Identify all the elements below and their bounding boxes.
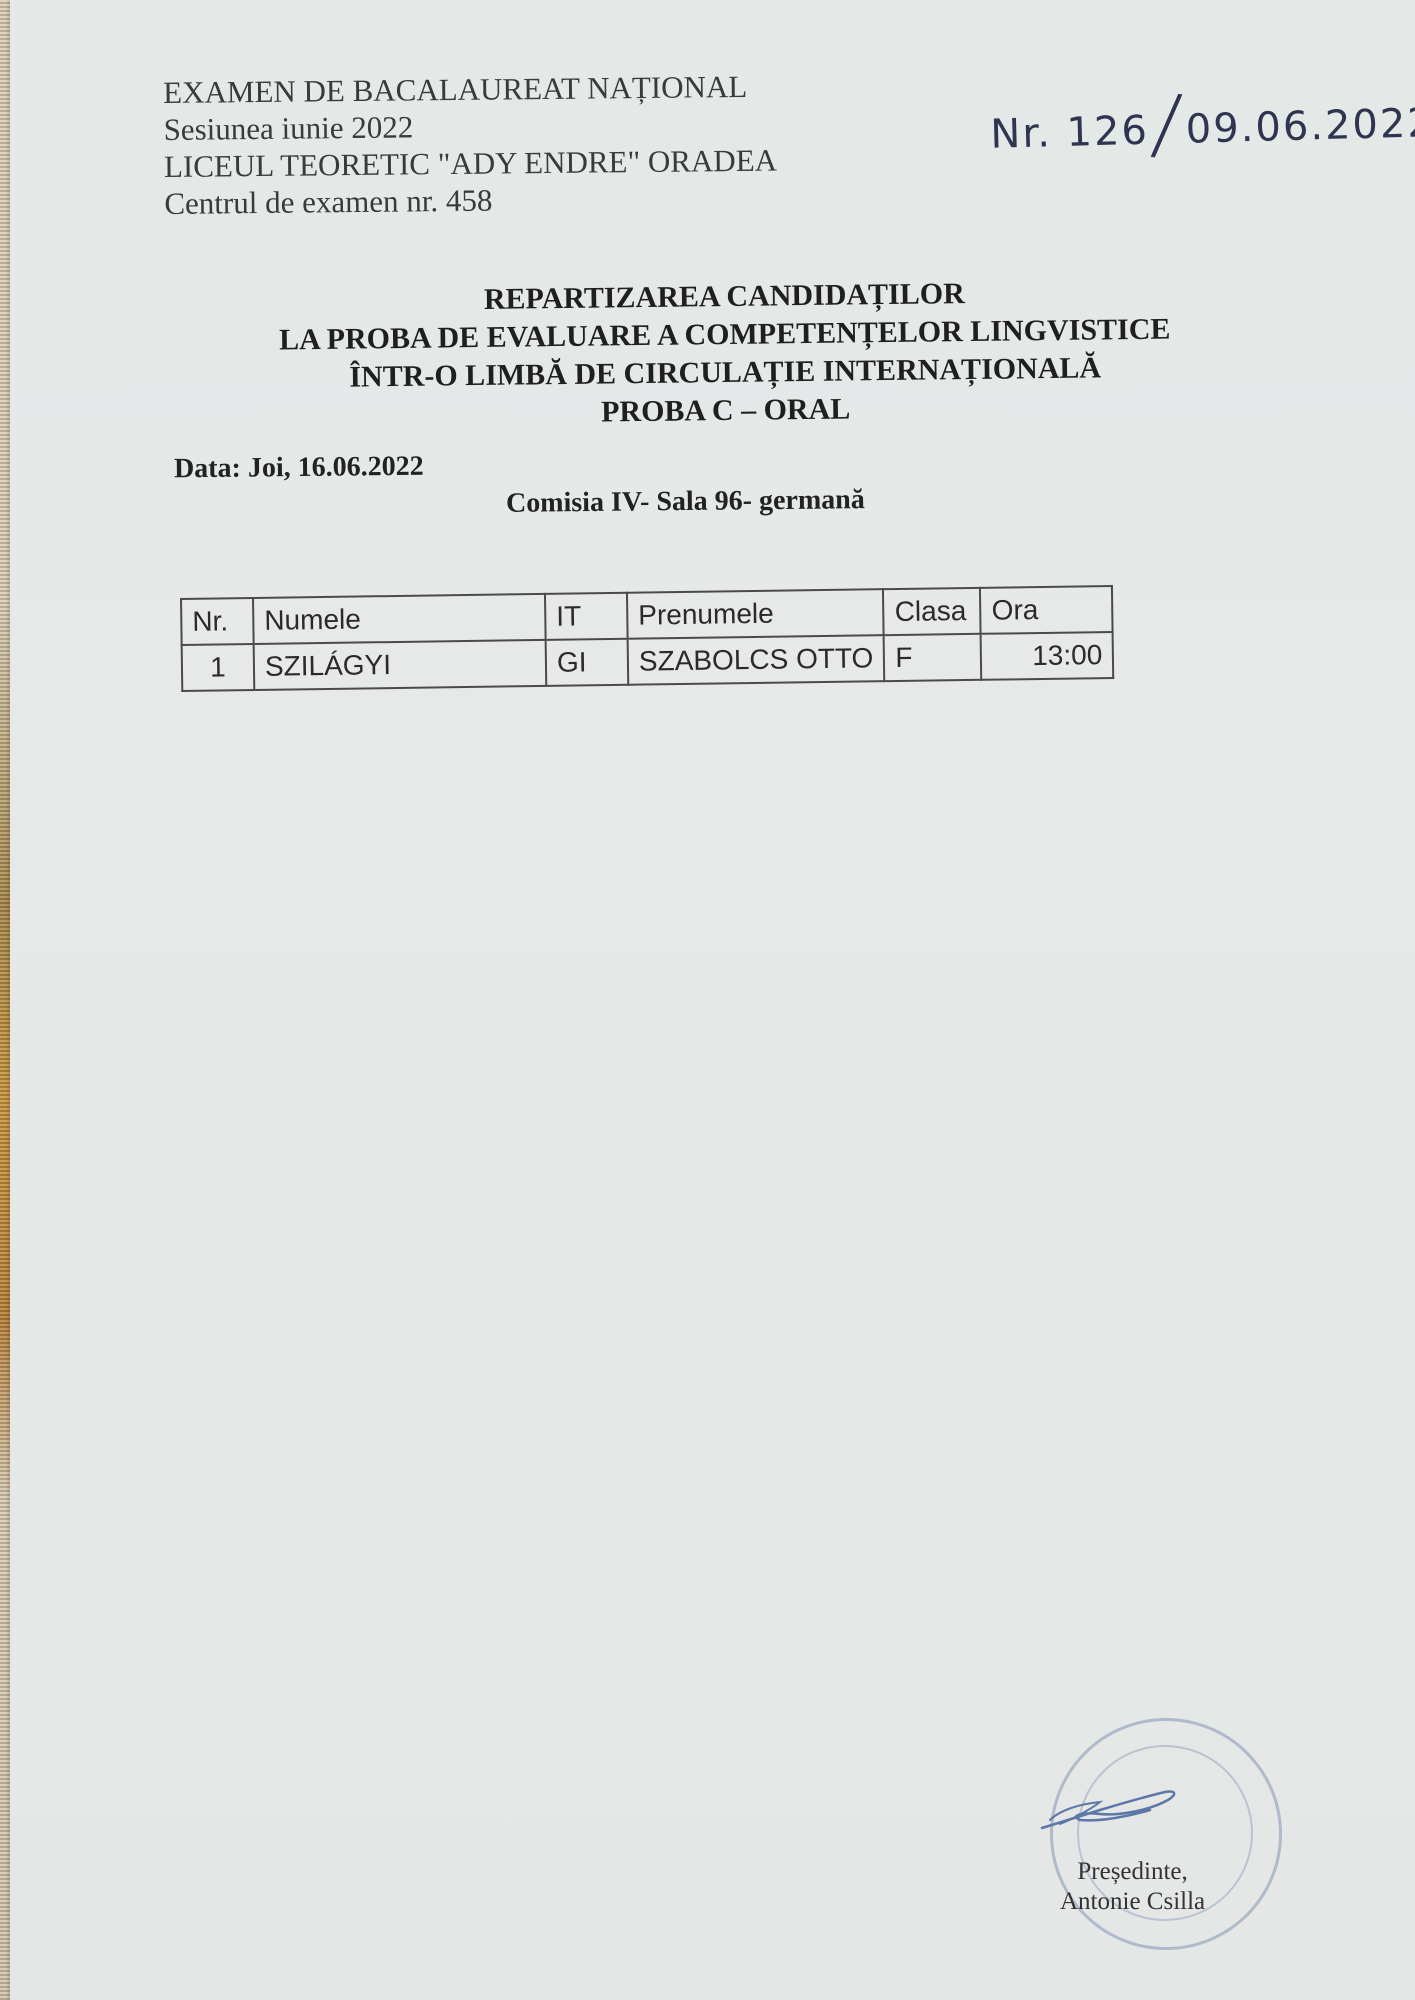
slash-mark: / (1148, 76, 1187, 172)
registration-number: 126 (1066, 108, 1150, 156)
candidates-table: Nr. Numele IT Prenumele Clasa Ora 1 SZIL… (180, 585, 1115, 692)
col-header-it: IT (545, 593, 628, 640)
registration-date: 09.06.2022 (1185, 100, 1415, 153)
commission-info: Comisia IV- Sala 96- germană (506, 484, 865, 520)
cell-prenumele: SZABOLCS OTTO (628, 635, 885, 685)
col-header-ora: Ora (980, 586, 1113, 634)
president-role: Președinte, (1060, 1857, 1205, 1887)
president-signature-block: Președinte, Antonie Csilla (1060, 1857, 1205, 1917)
header-line-exam: EXAMEN DE BACALAUREAT NAȚIONAL (163, 68, 776, 111)
cell-nr: 1 (182, 644, 255, 691)
cell-numele: SZILÁGYI (254, 640, 547, 690)
document-title: REPARTIZAREA CANDIDAȚILOR LA PROBA DE EV… (149, 271, 1301, 437)
col-header-numele: Numele (253, 594, 546, 644)
signature-scribble (1040, 1780, 1210, 1830)
president-name: Antonie Csilla (1060, 1887, 1205, 1917)
col-header-prenumele: Prenumele (627, 589, 884, 639)
registration-prefix: Nr. (990, 110, 1053, 158)
header-line-session: Sesiunea iunie 2022 (163, 105, 776, 148)
cell-ora: 13:00 (981, 632, 1114, 680)
exam-header: EXAMEN DE BACALAUREAT NAȚIONAL Sesiunea … (163, 68, 778, 222)
candidates-table-wrapper: Nr. Numele IT Prenumele Clasa Ora 1 SZIL… (180, 585, 1115, 692)
handwritten-registration-number: Nr. 126/09.06.2022 (989, 62, 1415, 167)
header-line-school: LICEUL TEORETIC "ADY ENDRE" ORADEA (164, 142, 777, 185)
header-line-center: Centrul de examen nr. 458 (164, 179, 777, 222)
col-header-nr: Nr. (181, 598, 254, 645)
exam-date: Data: Joi, 16.06.2022 (174, 451, 424, 486)
col-header-clasa: Clasa (883, 588, 981, 635)
cell-it: GI (546, 639, 629, 686)
cell-clasa: F (884, 634, 982, 681)
